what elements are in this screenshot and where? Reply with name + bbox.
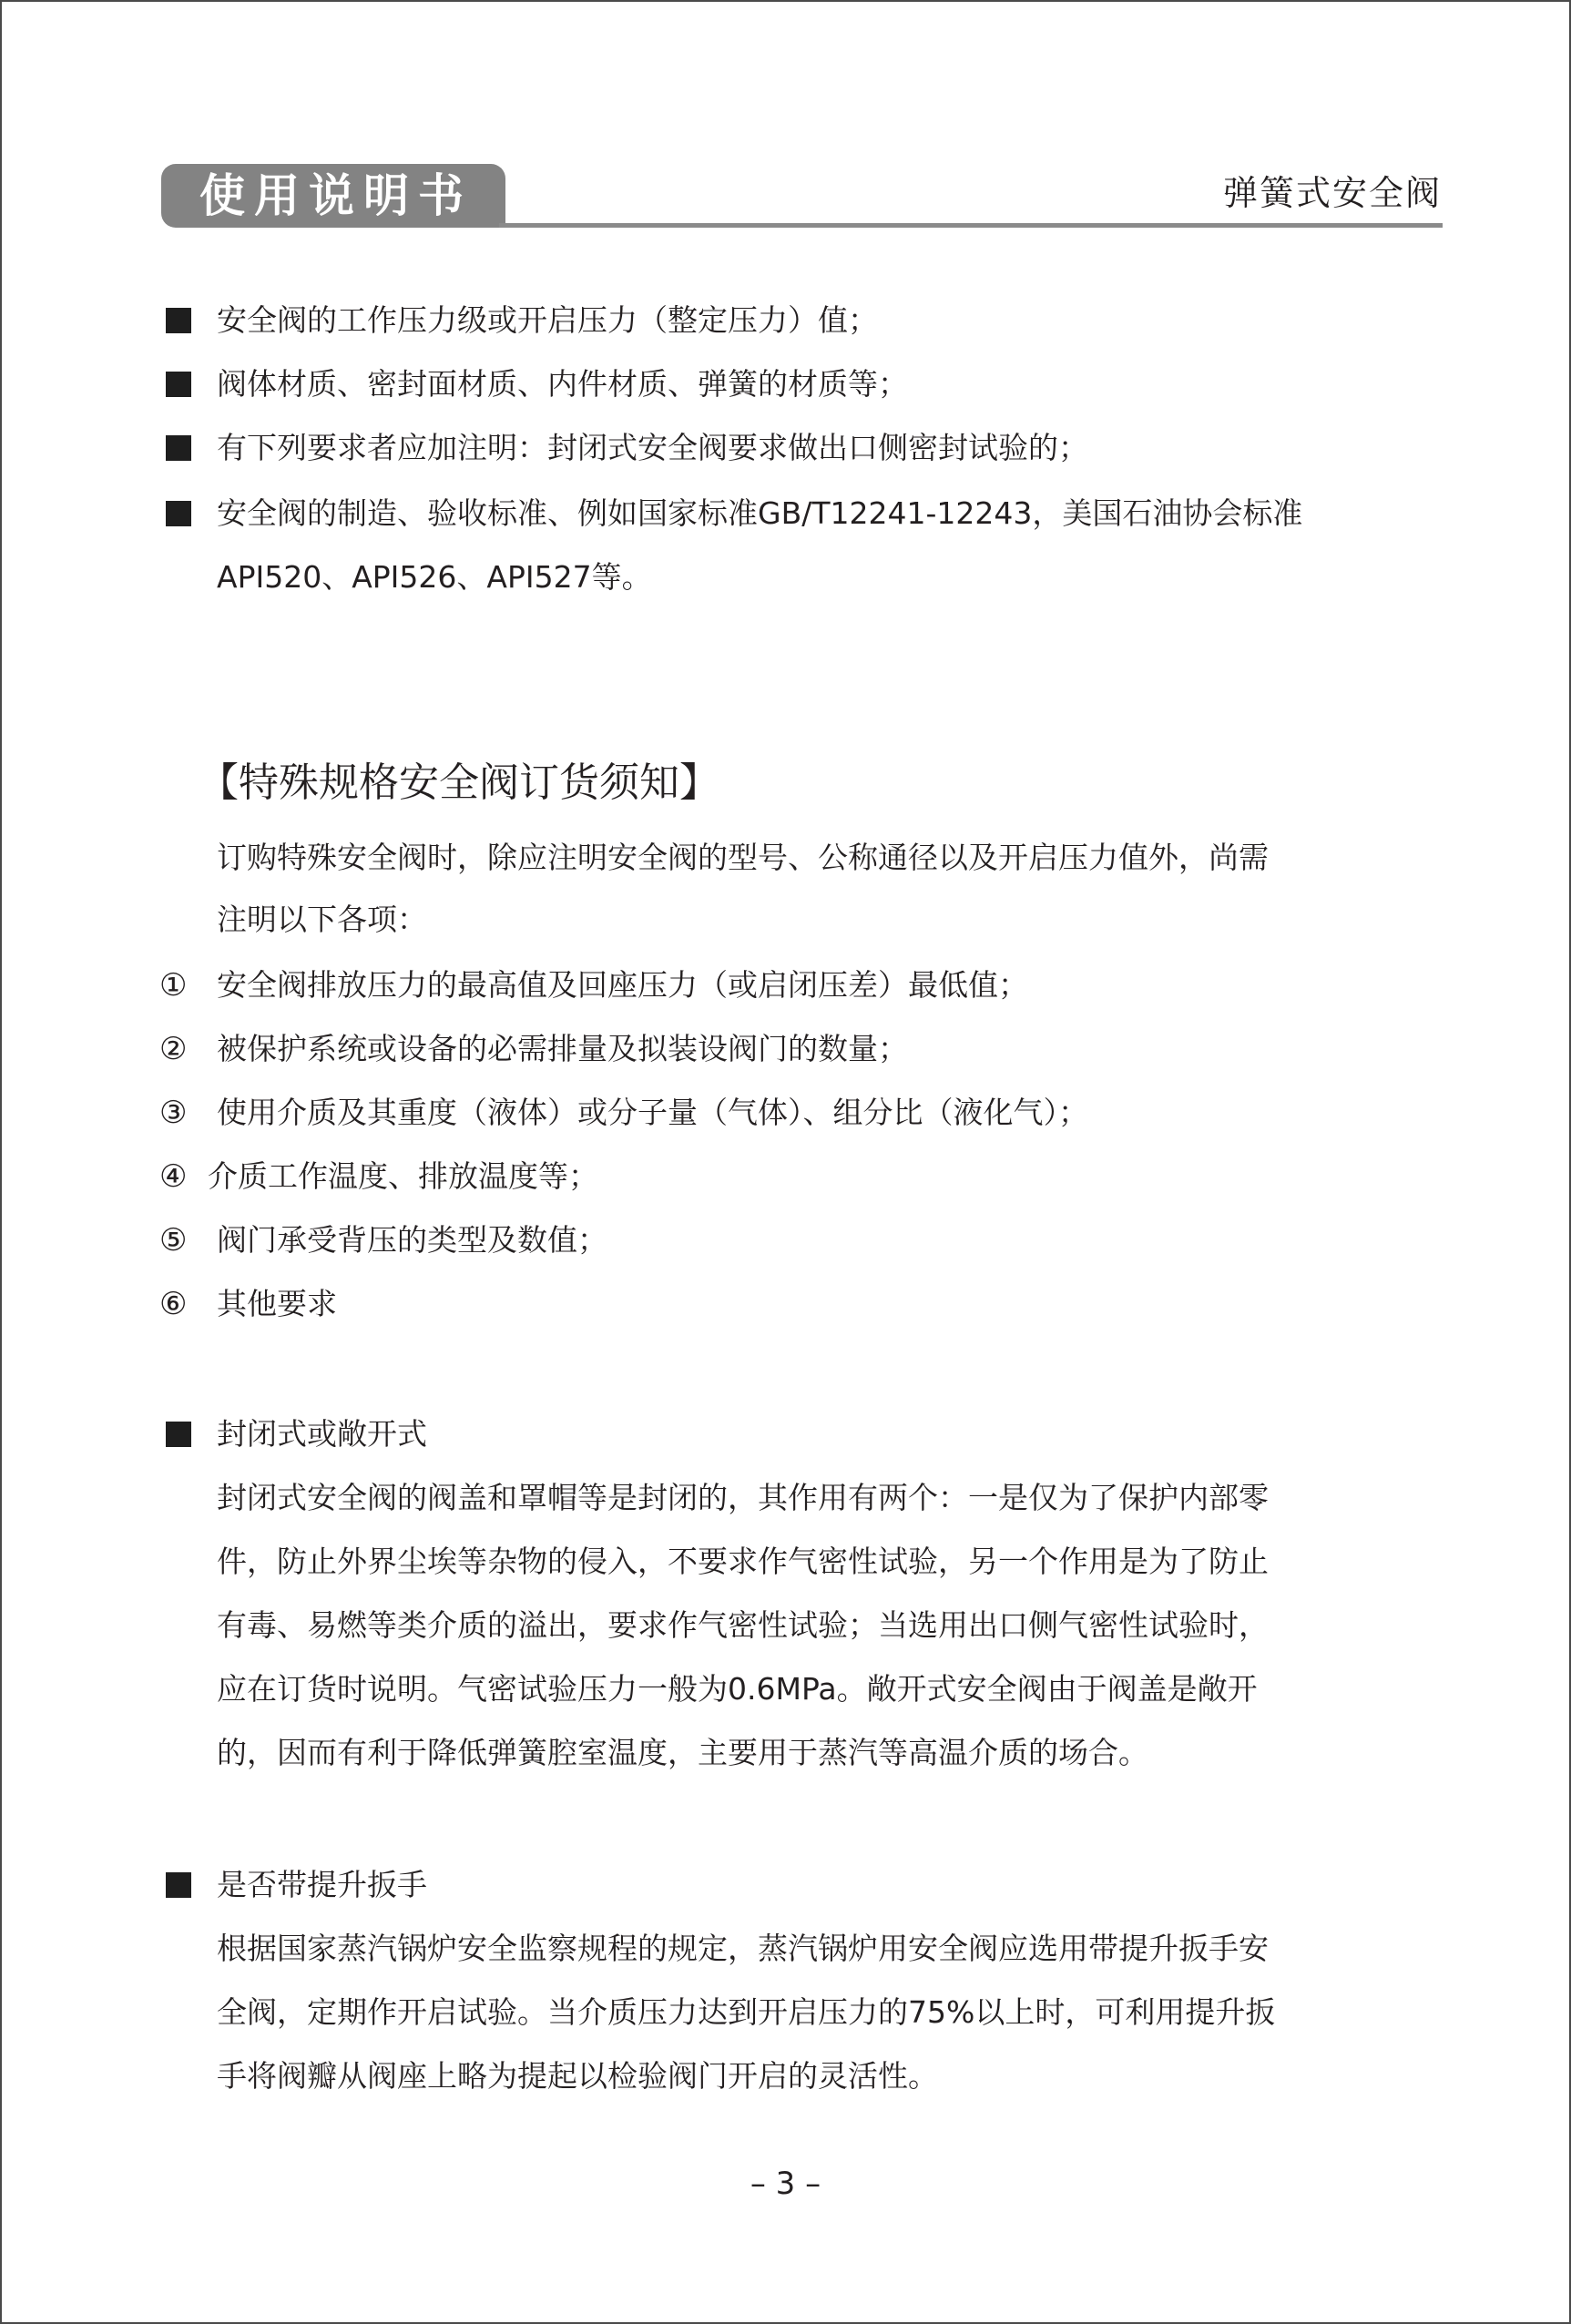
bullet-square-icon bbox=[166, 501, 191, 526]
numbered-item: 阀门承受背压的类型及数值； bbox=[217, 1220, 607, 1260]
paragraph-line: 手将阀瓣从阀座上略为提起以检验阀门开启的灵活性。 bbox=[217, 2056, 938, 2096]
order-item-continuation: API520、API526、API527等。 bbox=[217, 557, 652, 597]
circled-number-5: ⑤ bbox=[159, 1220, 187, 1260]
section-heading: 封闭式或敞开式 bbox=[217, 1414, 427, 1454]
paragraph-line: 根据国家蒸汽锅炉安全监察规程的规定，蒸汽锅炉用安全阀应选用带提升扳手安 bbox=[217, 1929, 1269, 1969]
numbered-item: 介质工作温度、排放温度等； bbox=[208, 1157, 598, 1197]
paragraph-line: 封闭式安全阀的阀盖和罩帽等是封闭的，其作用有两个：一是仅为了保护内部零 bbox=[217, 1478, 1269, 1518]
bullet-square-icon bbox=[166, 435, 191, 461]
paragraph-line: 件，防止外界尘埃等杂物的侵入，不要求作气密性试验，另一个作用是为了防止 bbox=[217, 1542, 1269, 1582]
paragraph-line: 有毒、易燃等类介质的溢出，要求作气密性试验；当选用出口侧气密性试验时， bbox=[217, 1605, 1269, 1646]
section-heading: 是否带提升扳手 bbox=[217, 1865, 427, 1905]
intro-line: 订购特殊安全阀时，除应注明安全阀的型号、公称通径以及开启压力值外，尚需 bbox=[217, 838, 1269, 878]
numbered-item: 使用介质及其重度（液体）或分子量（气体）、组分比（液化气）； bbox=[217, 1093, 1088, 1133]
intro-line: 注明以下各项： bbox=[217, 900, 427, 940]
numbered-item: 其他要求 bbox=[217, 1284, 337, 1324]
header-rule bbox=[499, 223, 1443, 228]
circled-number-6: ⑥ bbox=[159, 1284, 187, 1324]
paragraph-line: 应在订货时说明。气密试验压力一般为0.6MPa。敞开式安全阀由于阀盖是敞开 bbox=[217, 1669, 1258, 1709]
bullet-square-icon bbox=[166, 308, 191, 333]
section-title: 【特殊规格安全阀订货须知】 bbox=[199, 758, 719, 809]
circled-number-2: ② bbox=[159, 1029, 187, 1069]
order-item: 安全阀的制造、验收标准、例如国家标准GB/T12241-12243，美国石油协会… bbox=[217, 494, 1302, 534]
order-item: 安全阀的工作压力级或开启压力（整定压力）值； bbox=[217, 301, 878, 341]
bullet-square-icon bbox=[166, 372, 191, 397]
numbered-item: 安全阀排放压力的最高值及回座压力（或启闭压差）最低值； bbox=[217, 965, 1028, 1005]
circled-number-4: ④ bbox=[159, 1157, 187, 1197]
manual-header-tab: 使用说明书 bbox=[161, 164, 505, 228]
product-title: 弹簧式安全阀 bbox=[1223, 173, 1442, 215]
bullet-square-icon bbox=[166, 1422, 191, 1447]
order-item: 有下列要求者应加注明：封闭式安全阀要求做出口侧密封试验的； bbox=[217, 428, 1088, 468]
paragraph-line: 的，因而有利于降低弹簧腔室温度，主要用于蒸汽等高温介质的场合。 bbox=[217, 1733, 1148, 1773]
bullet-square-icon bbox=[166, 1872, 191, 1898]
circled-number-3: ③ bbox=[159, 1093, 187, 1133]
manual-title: 使用说明书 bbox=[194, 173, 473, 219]
order-item: 阀体材质、密封面材质、内件材质、弹簧的材质等； bbox=[217, 364, 908, 404]
circled-number-1: ① bbox=[159, 965, 187, 1005]
page-number: – 3 – bbox=[0, 2164, 1571, 2204]
paragraph-line: 全阀，定期作开启试验。当介质压力达到开启压力的75%以上时，可利用提升扳 bbox=[217, 1993, 1275, 2033]
numbered-item: 被保护系统或设备的必需排量及拟装设阀门的数量； bbox=[217, 1029, 908, 1069]
